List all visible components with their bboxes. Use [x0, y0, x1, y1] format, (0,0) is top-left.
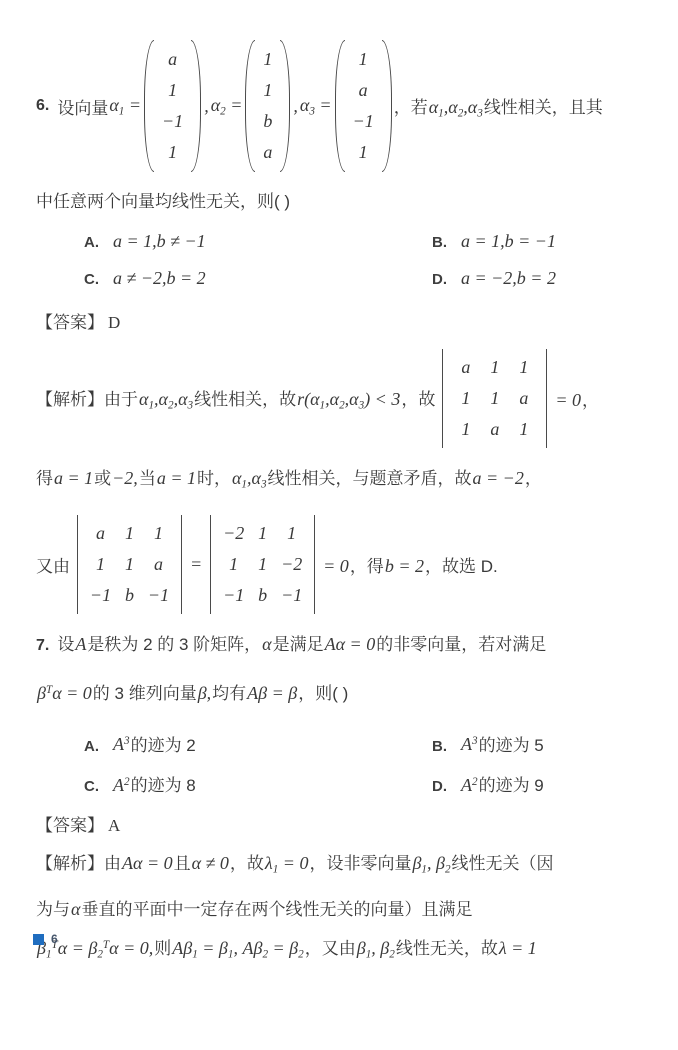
explanation-q7-line1: 【解析】由Aα = 0且α ≠ 0，故λ1 = 0，设非零向量β1, β2线性无… [36, 849, 650, 883]
option-C: C. a ≠ −2,b = 2 [84, 266, 432, 292]
page-marker-square-icon [33, 934, 44, 945]
answer-label: 【答案】 [36, 816, 104, 835]
vector-values: a 1 −1 1 [154, 40, 191, 172]
text-segment: 当 [139, 469, 156, 488]
text-segment: 的非零向量，若对满足 [376, 635, 546, 654]
text-segment: α ≠ 0 [191, 853, 230, 873]
question-7-line1: 7.设A是秩为 2 的 3 阶矩阵，α是满足Aα = 0的非零向量，若对满足 [36, 631, 650, 659]
det-row: a 1 1 [451, 352, 538, 383]
text-segment: 时， [197, 469, 231, 488]
det-cell: 1 [480, 352, 509, 383]
text-segment: 或 [94, 469, 111, 488]
det-row: −2 1 1 [219, 518, 306, 549]
option-D: D. a = −2,b = 2 [432, 266, 557, 292]
explanation-q6-line3: 又由 a 1 1 1 1 a −1 b −1 = −2 1 1 [36, 515, 650, 614]
vector-cell: a [161, 44, 184, 75]
text-segment: β1, β2 [356, 938, 396, 958]
right-paren [280, 40, 290, 172]
question-6-number: 6. [36, 97, 49, 115]
text-segment: ，得 [350, 557, 384, 576]
option-C-q7: C. A2 的迹为 8 [84, 770, 432, 799]
text-segment: 得 [36, 469, 53, 488]
page-footer: 6 [33, 932, 58, 946]
text-segment: 设 [57, 635, 74, 654]
alpha2-label: α2 = [210, 95, 244, 117]
q6-exp-lead-tail: = 0， [554, 386, 599, 411]
det-row: 1 1 a [86, 549, 173, 580]
text-segment: ，又由 [305, 939, 356, 958]
left-paren [144, 40, 154, 172]
explanation-q6-line1: 【解析】由于α1,α2,α3线性相关，故r(α1,α2,α3) < 3，故 a … [36, 349, 650, 448]
text-segment: ，故 [401, 390, 435, 409]
determinant-2: a 1 1 1 1 a −1 b −1 [77, 515, 182, 614]
text-segment: β, [197, 683, 212, 703]
text-segment: a = 1 [53, 468, 94, 488]
text-segment: a = −2 [472, 468, 525, 488]
det-cell: −1 [86, 580, 115, 611]
option-A-label: A. [84, 231, 99, 255]
right-paren [191, 40, 201, 172]
vector-cell: −1 [161, 106, 184, 137]
text-segment: Aα = 0 [324, 634, 377, 654]
text-segment: λ = 1 [498, 938, 538, 958]
option-B-text: 的迹为 5 [479, 734, 544, 758]
column-vector-3: 1 a −1 1 [335, 40, 392, 172]
explanation-q7-line3: β1Tα = β2Tα = 0,则Aβ1 = β1, Aβ2 = β2，又由β1… [36, 931, 650, 968]
option-D-label: D. [432, 268, 447, 292]
option-B-math: a = 1,b = −1 [460, 229, 557, 253]
q6-exp3-tail: = 0，得b = 2，故选 D. [322, 552, 498, 577]
column-vector-1: a 1 −1 1 [144, 40, 201, 172]
text-segment: βTα = 0 [36, 683, 93, 703]
text-segment: 且 [174, 854, 191, 873]
left-paren [245, 40, 255, 172]
vector-cell: b [262, 106, 273, 137]
text-segment: 线性无关，故 [396, 939, 498, 958]
text-segment: ，若 [394, 98, 428, 117]
option-A-label: A. [84, 735, 99, 759]
det-row: a 1 1 [86, 518, 173, 549]
vector-cell: 1 [262, 75, 273, 106]
option-A-text: 的迹为 2 [131, 734, 196, 758]
det-cell: 1 [115, 549, 144, 580]
q7-option-row-2: C. A2 的迹为 8 D. A2 的迹为 9 [36, 770, 650, 799]
text-segment: ，故选 D. [425, 557, 498, 576]
text-segment: 线性相关，故 [194, 390, 296, 409]
question-7-number: 7. [36, 637, 49, 654]
text-segment: 是满足 [273, 635, 324, 654]
det-cell: b [248, 580, 277, 611]
page-number: 6 [51, 932, 58, 946]
text-segment: β1, β2 [411, 853, 451, 873]
det-cell: b [115, 580, 144, 611]
text-segment: 垂直的平面中一定存在两个线性无关的向量）且满足 [81, 900, 472, 919]
option-B-label: B. [432, 231, 447, 255]
option-D-text: 的迹为 9 [479, 774, 544, 798]
text-segment: a = 1 [156, 468, 197, 488]
option-D-math: a = −2,b = 2 [460, 266, 557, 290]
det-row: −1 b −1 [219, 580, 306, 611]
det-row: 1 1 a [451, 383, 538, 414]
text-segment: 【解析】由 [36, 854, 121, 873]
question-6-line2: 中任意两个向量均线性无关，则( ) [36, 189, 650, 215]
text-segment: α [70, 899, 81, 919]
q7-options: A. A3 的迹为 2 B. A3 的迹为 5 C. A2 的迹为 8 D. A… [36, 729, 650, 798]
text-segment: = 0 [322, 556, 350, 576]
option-B: B. a = 1,b = −1 [432, 229, 557, 255]
vector-values: 1 a −1 1 [345, 40, 382, 172]
text-segment: 线性相关，与题意矛盾，故 [268, 469, 472, 488]
vector-cell: 1 [352, 44, 375, 75]
option-B-math: A3 [460, 729, 479, 756]
vector-cell: 1 [262, 44, 273, 75]
option-C-label: C. [84, 268, 99, 292]
text-segment: −2, [111, 468, 139, 488]
option-B-label: B. [432, 735, 447, 759]
option-D-q7: D. A2 的迹为 9 [432, 770, 544, 799]
text-segment: 均有 [212, 684, 246, 703]
option-A-math: a = 1,b ≠ −1 [112, 229, 207, 253]
det-cell: a [451, 352, 480, 383]
q6-option-row-1: A. a = 1,b ≠ −1 B. a = 1,b = −1 [36, 229, 650, 255]
det-cell: 1 [480, 383, 509, 414]
det-cell: 1 [248, 549, 277, 580]
vector-cell: a [262, 137, 273, 168]
det-cell: −2 [219, 518, 248, 549]
q6-intro-lead: 设向量 [57, 94, 108, 119]
det-row: −1 b −1 [86, 580, 173, 611]
det-cell: −1 [277, 580, 306, 611]
option-C-math: a ≠ −2,b = 2 [112, 266, 207, 290]
option-B-q7: B. A3 的迹为 5 [432, 729, 544, 758]
vector-values: 1 1 b a [255, 40, 280, 172]
left-paren [335, 40, 345, 172]
explanation-q7-line2: 为与α垂直的平面中一定存在两个线性无关的向量）且满足 [36, 895, 650, 924]
text-segment: ，设非零向量 [309, 854, 411, 873]
text-segment: ， [582, 391, 599, 410]
det-cell: a [480, 414, 509, 445]
text-segment: r(α1,α2,α3) < 3 [296, 389, 401, 409]
det-cell: 1 [248, 518, 277, 549]
det-cell: −1 [219, 580, 248, 611]
q6-options: A. a = 1,b ≠ −1 B. a = 1,b = −1 C. a ≠ −… [36, 229, 650, 292]
text-segment: 线性无关（因 [452, 854, 554, 873]
det-row: 1 1 −2 [219, 549, 306, 580]
text-segment: 线性相关，且其 [484, 98, 603, 117]
document-page: 6. 设向量 α1 = a 1 −1 1 , α2 = 1 1 b a , [0, 0, 678, 1050]
text-segment: 是秩为 2 的 3 阶矩阵， [87, 635, 261, 654]
text-segment: A [74, 634, 87, 654]
q6-exp-lead: 【解析】由于α1,α2,α3线性相关，故r(α1,α2,α3) < 3，故 [36, 385, 435, 411]
text-segment: 则 [154, 939, 171, 958]
text-segment: λ1 = 0 [264, 853, 310, 873]
q7-option-row-1: A. A3 的迹为 2 B. A3 的迹为 5 [36, 729, 650, 758]
option-C-label: C. [84, 775, 99, 799]
q7-line1-text: 设A是秩为 2 的 3 阶矩阵，α是满足Aα = 0的非零向量，若对满足 [57, 635, 546, 654]
determinant-1: a 1 1 1 1 a 1 a 1 [442, 349, 547, 448]
det-cell: 1 [219, 549, 248, 580]
answer-value-q6: D [108, 313, 120, 332]
alpha3-label: α3 = [299, 95, 333, 117]
option-C-text: 的迹为 8 [131, 774, 196, 798]
text-segment: ，故 [230, 854, 264, 873]
determinant-3: −2 1 1 1 1 −2 −1 b −1 [210, 515, 315, 614]
det-cell: a [86, 518, 115, 549]
det-cell: a [144, 549, 173, 580]
det-cell: 1 [451, 414, 480, 445]
det-cell: −2 [277, 549, 306, 580]
text-segment: Aα = 0 [121, 853, 174, 873]
vector-cell: 1 [161, 75, 184, 106]
text-segment: α [261, 634, 272, 654]
det-cell: 1 [451, 383, 480, 414]
q6-option-row-2: C. a ≠ −2,b = 2 D. a = −2,b = 2 [36, 266, 650, 292]
det-cell: a [509, 383, 538, 414]
text-segment: α1,α2,α3 [428, 97, 484, 117]
answer-value-q7: A [108, 816, 120, 835]
option-A-q7: A. A3 的迹为 2 [84, 729, 432, 758]
text-segment: 又由 [36, 557, 70, 576]
q6-exp3-lead: 又由 [36, 552, 70, 577]
option-A: A. a = 1,b ≠ −1 [84, 229, 432, 255]
text-segment: Aβ = β [246, 683, 298, 703]
text-segment: α1,α3 [231, 468, 268, 488]
q6-intro-tail: ，若α1,α2,α3线性相关，且其 [394, 93, 603, 119]
vector-cell: a [352, 75, 375, 106]
answer-line-q6: 【答案】D [36, 311, 650, 335]
vector-cell: −1 [352, 106, 375, 137]
q6-line2-text: 中任意两个向量均线性无关，则( ) [36, 192, 290, 211]
text-segment: Aβ1 = β1, Aβ2 = β2 [171, 938, 305, 958]
right-paren [382, 40, 392, 172]
det-cell: 1 [86, 549, 115, 580]
text-segment: ，则( ) [298, 684, 348, 703]
column-vector-2: 1 1 b a [245, 40, 290, 172]
option-D-label: D. [432, 775, 447, 799]
det-cell: 1 [509, 352, 538, 383]
text-segment: 的 3 维列向量 [93, 684, 197, 703]
det-cell: 1 [509, 414, 538, 445]
text-segment: α1,α2,α3 [138, 389, 194, 409]
alpha1-label: α1 = [108, 95, 142, 117]
question-6-intro: 6. 设向量 α1 = a 1 −1 1 , α2 = 1 1 b a , [36, 40, 650, 172]
text-segment: ， [525, 469, 542, 488]
question-7-line2: βTα = 0的 3 维列向量β,均有Aβ = β，则( ) [36, 676, 650, 708]
det-cell: 1 [277, 518, 306, 549]
option-C-math: A2 [112, 770, 131, 797]
explanation-q6-line2: 得a = 1或−2,当a = 1时，α1,α3线性相关，与题意矛盾，故a = −… [36, 465, 650, 497]
text-segment: b = 2 [384, 556, 425, 576]
det-row: 1 a 1 [451, 414, 538, 445]
text-segment: 【解析】由于 [36, 390, 138, 409]
option-A-math: A3 [112, 729, 131, 756]
vector-cell: 1 [352, 137, 375, 168]
det-cell: −1 [144, 580, 173, 611]
text-segment: 为与 [36, 900, 70, 919]
det-cell: 1 [115, 518, 144, 549]
option-D-math: A2 [460, 770, 479, 797]
vector-cell: 1 [161, 137, 184, 168]
answer-label: 【答案】 [36, 313, 104, 332]
answer-line-q7: 【答案】A [36, 814, 650, 838]
equals-sign: = [189, 554, 203, 575]
det-cell: 1 [144, 518, 173, 549]
text-segment: = 0 [554, 390, 582, 410]
